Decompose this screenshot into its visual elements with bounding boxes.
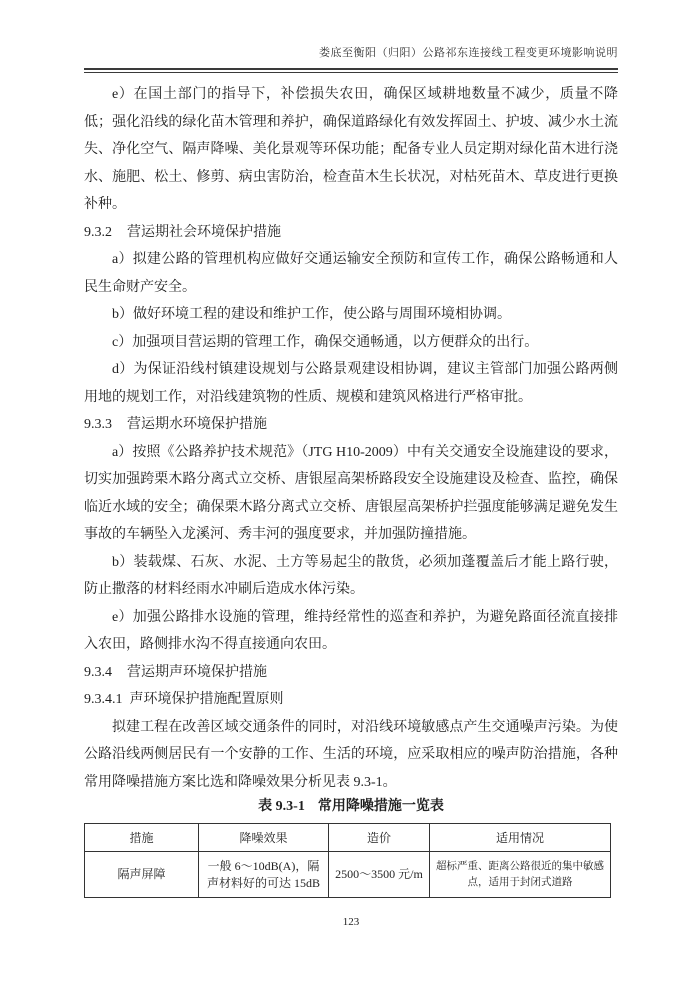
section-title: 营运期水环境保护措施 — [127, 417, 267, 432]
table-row: 隔声屏障 一般 6～10dB(A)，隔声材料好的可达 15dB 2500～350… — [85, 852, 611, 898]
paragraph-932-a: a）拟建公路的管理机构应做好交通运输安全预防和宣传工作，确保公路畅通和人民生命财… — [84, 246, 618, 301]
document-page: 娄底至衡阳（归阳）公路祁东连接线工程变更环境影响说明 e）在国土部门的指导下，补… — [0, 0, 700, 990]
table-caption-label: 表 9.3-1 — [258, 799, 305, 814]
column-header-cost: 造价 — [329, 824, 430, 852]
table-caption: 表 9.3-1常用降噪措施一览表 — [84, 796, 618, 818]
column-header-applicability: 适用情况 — [430, 824, 611, 852]
noise-measures-table: 措施 降噪效果 造价 适用情况 隔声屏障 一般 6～10dB(A)，隔声材料好的… — [84, 823, 611, 898]
paragraph-land-compensation: e）在国土部门的指导下，补偿损失农田，确保区域耕地数量不减少，质量不降低；强化沿… — [84, 81, 618, 219]
cell-noise-reduction: 一般 6～10dB(A)，隔声材料好的可达 15dB — [199, 852, 329, 898]
section-number: 9.3.4.1 — [84, 692, 123, 707]
cell-measure: 隔声屏障 — [85, 852, 199, 898]
paragraph-933-b: b）装载煤、石灰、水泥、土方等易起尘的散货，必须加蓬覆盖后才能上路行驶，防止撒落… — [84, 549, 618, 604]
page-number: 123 — [84, 915, 618, 930]
running-head-title: 娄底至衡阳（归阳）公路祁东连接线工程变更环境影响说明 — [84, 46, 618, 61]
section-title: 声环境保护措施配置原则 — [130, 692, 284, 707]
header-rule — [84, 68, 618, 73]
paragraph-noise-intro: 拟建工程在改善区域交通条件的同时，对沿线环境敏感点产生交通噪声污染。为使公路沿线… — [84, 714, 618, 797]
paragraph-932-d: d）为保证沿线村镇建设规划与公路景观建设相协调，建议主管部门加强公路两侧用地的规… — [84, 356, 618, 411]
cell-applicability: 超标严重、距离公路很近的集中敏感点，适用于封闭式道路 — [430, 852, 611, 898]
column-header-noise-reduction: 降噪效果 — [199, 824, 329, 852]
table-caption-title: 常用降噪措施一览表 — [318, 799, 444, 814]
section-heading-9-3-3: 9.3.3营运期水环境保护措施 — [84, 411, 618, 439]
section-heading-9-3-2: 9.3.2营运期社会环境保护措施 — [84, 219, 618, 247]
paragraph-932-b: b）做好环境工程的建设和维护工作，使公路与周围环境相协调。 — [84, 301, 618, 329]
paragraph-933-e: e）加强公路排水设施的管理，维持经常性的巡查和养护，为避免路面径流直接排入农田，… — [84, 604, 618, 659]
paragraph-933-a: a）按照《公路养护技术规范》（JTG H10-2009）中有关交通安全设施建设的… — [84, 439, 618, 549]
cell-cost: 2500～3500 元/m — [329, 852, 430, 898]
section-number: 9.3.4 — [84, 665, 112, 680]
section-number: 9.3.3 — [84, 417, 112, 432]
section-heading-9-3-4-1: 9.3.4.1声环境保护措施配置原则 — [84, 686, 618, 714]
section-title: 营运期声环境保护措施 — [127, 665, 267, 680]
section-number: 9.3.2 — [84, 225, 112, 240]
document-body: e）在国土部门的指导下，补偿损失农田，确保区域耕地数量不减少，质量不降低；强化沿… — [84, 81, 618, 898]
table-header-row: 措施 降噪效果 造价 适用情况 — [85, 824, 611, 852]
section-heading-9-3-4: 9.3.4营运期声环境保护措施 — [84, 659, 618, 687]
column-header-measure: 措施 — [85, 824, 199, 852]
section-title: 营运期社会环境保护措施 — [127, 225, 281, 240]
paragraph-932-c: c）加强项目营运期的管理工作，确保交通畅通，以方便群众的出行。 — [84, 329, 618, 357]
